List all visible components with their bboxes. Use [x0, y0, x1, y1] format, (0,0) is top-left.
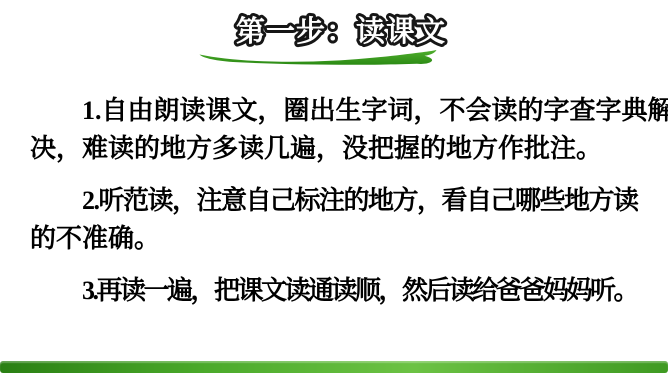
paragraph-1-line-1: 1.自由朗读课文，圈出生字词，不会读的字查字典解: [30, 92, 642, 130]
paragraph-2: 2.听范读，注意自己标注的地方，看自己哪些地方读 的不准确。: [30, 182, 642, 258]
paragraph-1: 1.自由朗读课文，圈出生字词，不会读的字查字典解 决，难读的地方多读几遍，没把握…: [30, 92, 642, 168]
footer-accent-bar: [0, 361, 668, 373]
paragraph-3-line-1: 3.再读一遍，把课文读通读顺，然后读给爸爸妈妈听。: [30, 272, 642, 310]
slide-title-wordart: 第一步：读课文 第一步：读课文: [219, 6, 463, 54]
slide-title: 第一步：读课文: [236, 15, 446, 48]
paragraph-3: 3.再读一遍，把课文读通读顺，然后读给爸爸妈妈听。: [30, 272, 642, 310]
paragraph-1-line-2: 决，难读的地方多读几遍，没把握的地方作批注。: [30, 130, 642, 168]
slide-body: 1.自由朗读课文，圈出生字词，不会读的字查字典解 决，难读的地方多读几遍，没把握…: [30, 92, 642, 324]
title-underline-swoosh: [198, 48, 438, 68]
paragraph-2-line-2: 的不准确。: [30, 220, 642, 258]
paragraph-2-line-1: 2.听范读，注意自己标注的地方，看自己哪些地方读: [30, 182, 642, 220]
presentation-slide: 第一步：读课文 第一步：读课文 1.自由朗读课文，圈出生字词，不会读的字查字典解…: [0, 0, 668, 376]
swoosh-shape: [200, 50, 437, 65]
